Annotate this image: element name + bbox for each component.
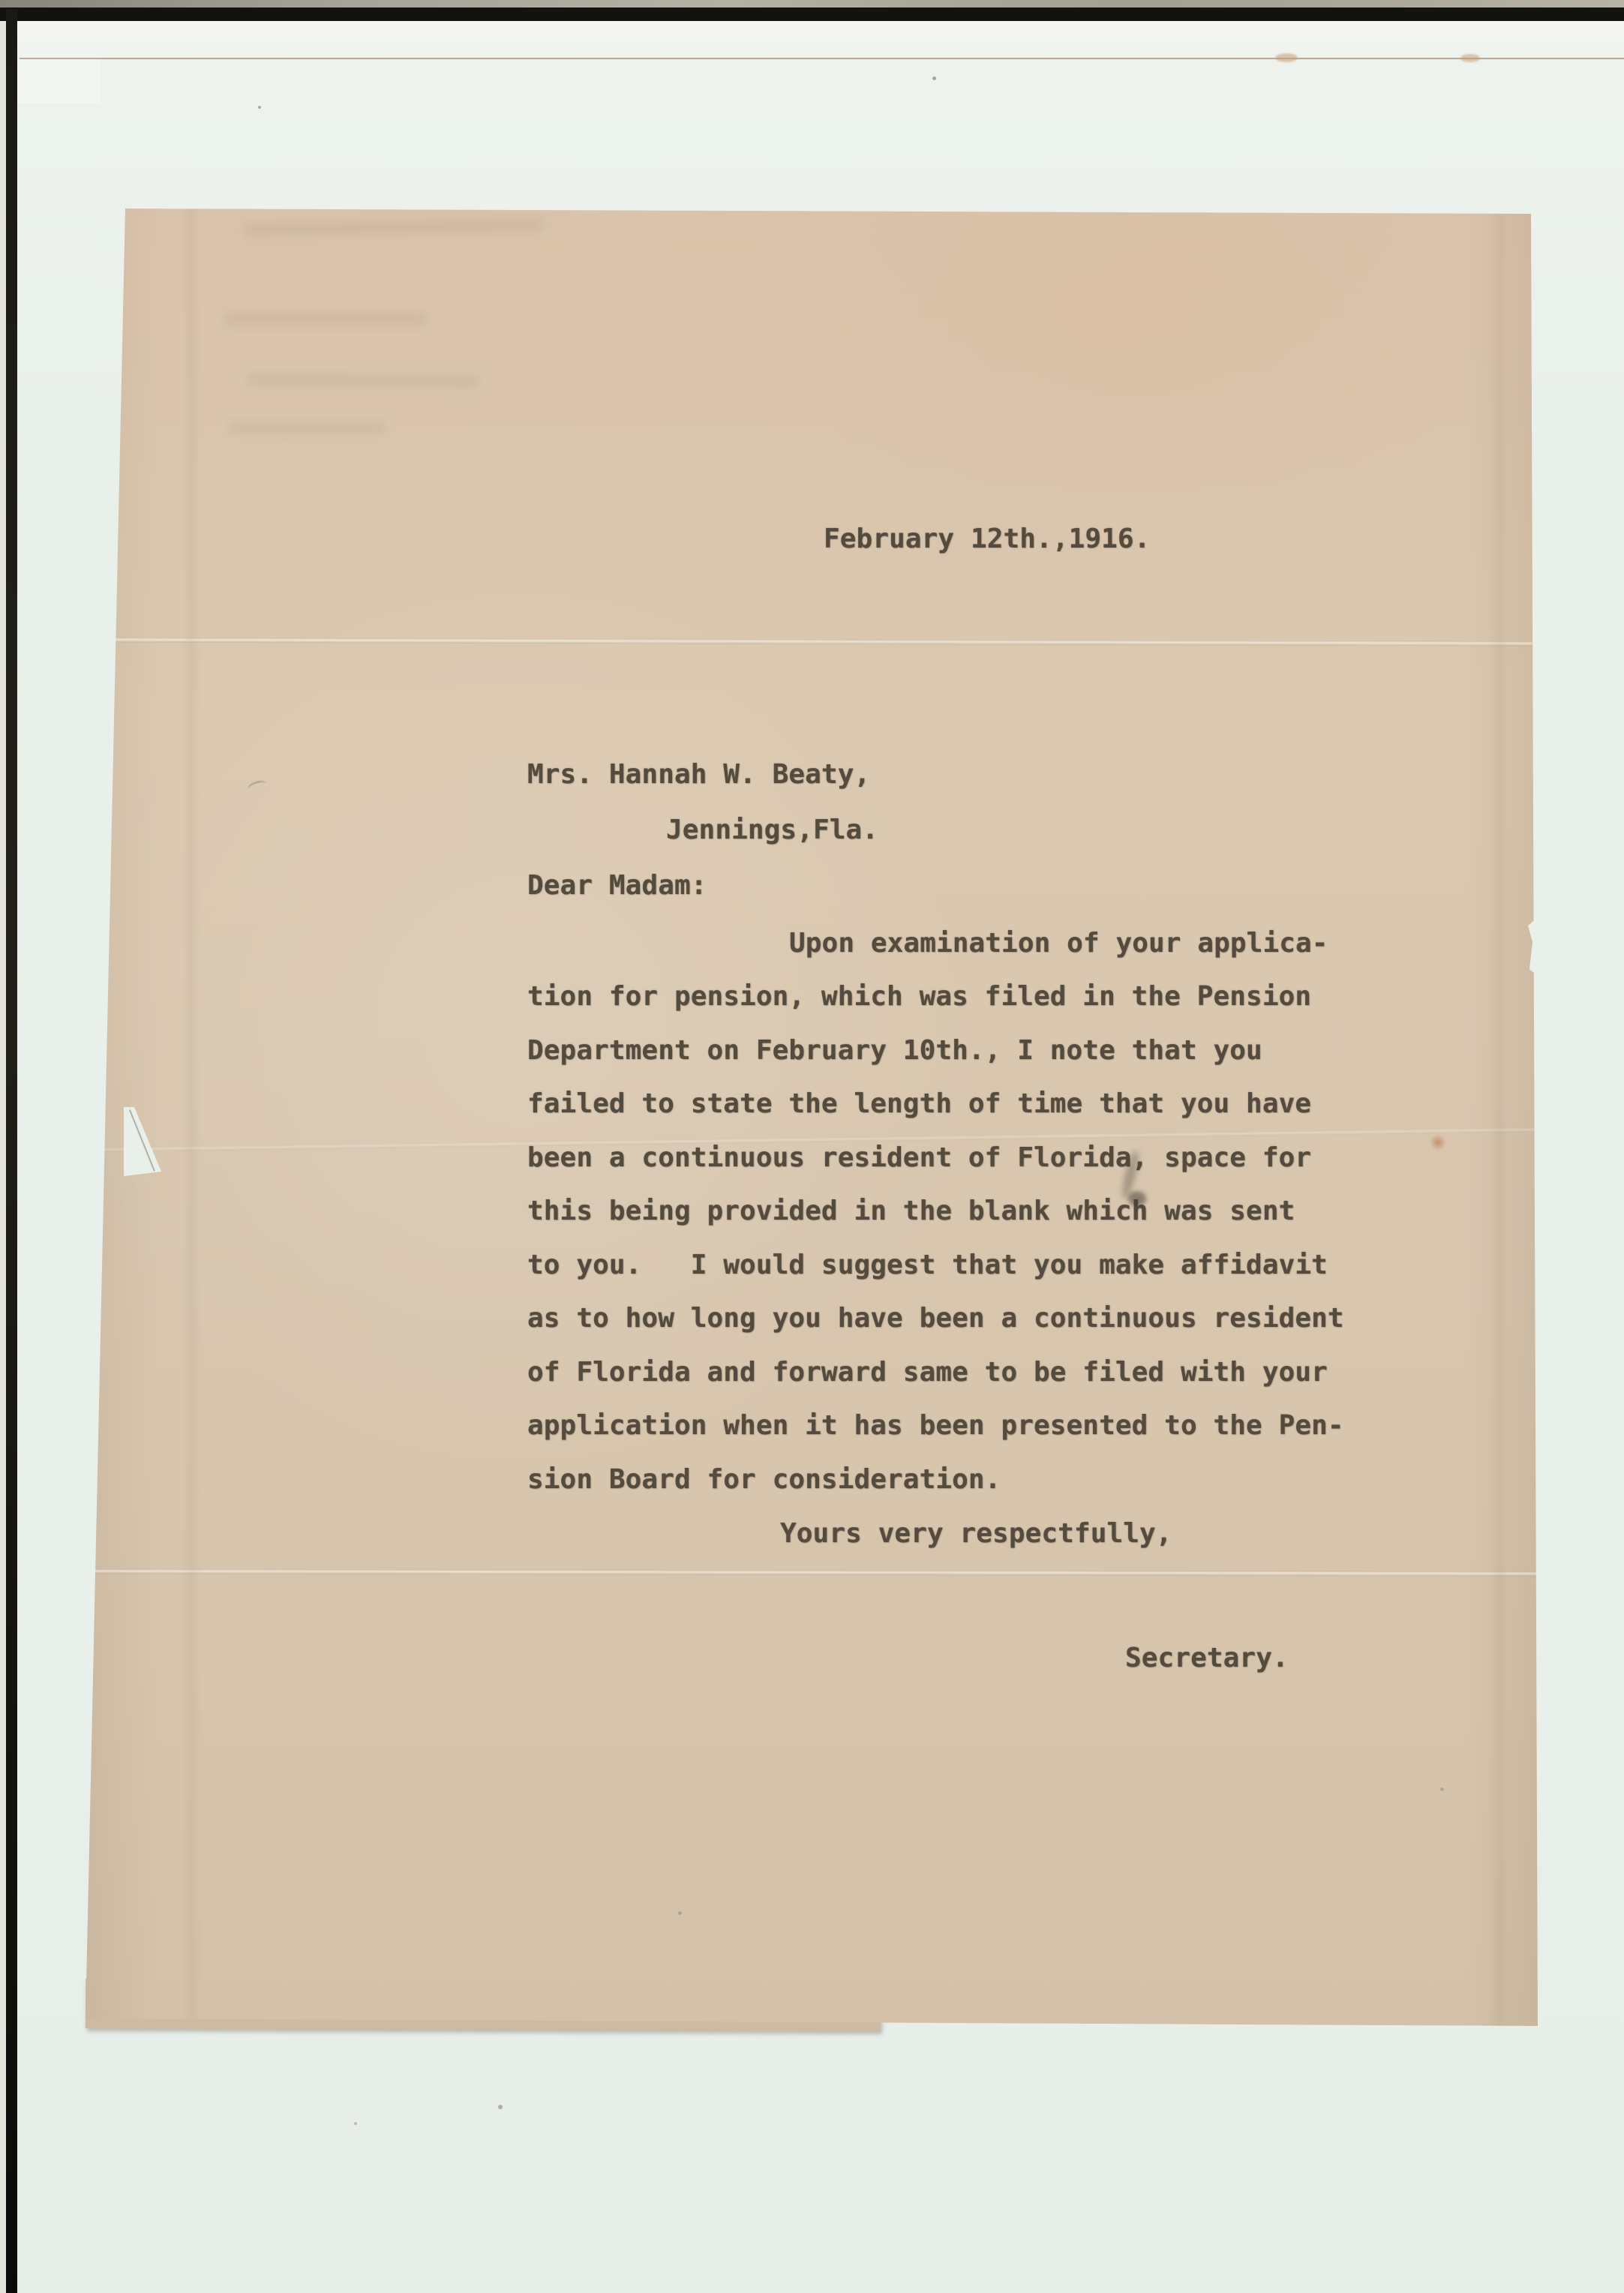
letter-body-line: Upon examination of your applica-: [789, 928, 1328, 959]
letter-body-line: of Florida and forward same to be filed …: [527, 1357, 1328, 1388]
letter-body-line: application when it has been presented t…: [527, 1410, 1344, 1441]
letter-salutation: Dear Madam:: [527, 870, 707, 901]
letter-body-line: this being provided in the blank which w…: [527, 1196, 1295, 1226]
letter-body-line: been a continuous resident of Florida, s…: [527, 1142, 1311, 1173]
letter-body-line: as to how long you have been a continuou…: [527, 1303, 1344, 1334]
letter-body-line: sion Board for consideration.: [527, 1464, 1001, 1495]
letter-body-line: tion for pension, which was filed in the…: [527, 981, 1311, 1012]
letter-body-line: failed to state the length of time that …: [527, 1088, 1311, 1119]
typed-text-layer: February 12th.,1916. Mrs. Hannah W. Beat…: [0, 0, 1624, 2293]
letter-date: February 12th.,1916.: [824, 524, 1150, 554]
letter-body-line: Department on February 10th., I note tha…: [527, 1035, 1262, 1066]
letter-recipient-place: Jennings,Fla.: [666, 815, 878, 845]
scanned-letter-page: February 12th.,1916. Mrs. Hannah W. Beat…: [0, 0, 1624, 2293]
letter-signature: Secretary.: [1125, 1643, 1289, 1673]
letter-closing: Yours very respectfully,: [780, 1518, 1172, 1549]
letter-body-line: to you. I would suggest that you make af…: [527, 1250, 1328, 1280]
letter-recipient-name: Mrs. Hannah W. Beaty,: [527, 759, 870, 790]
